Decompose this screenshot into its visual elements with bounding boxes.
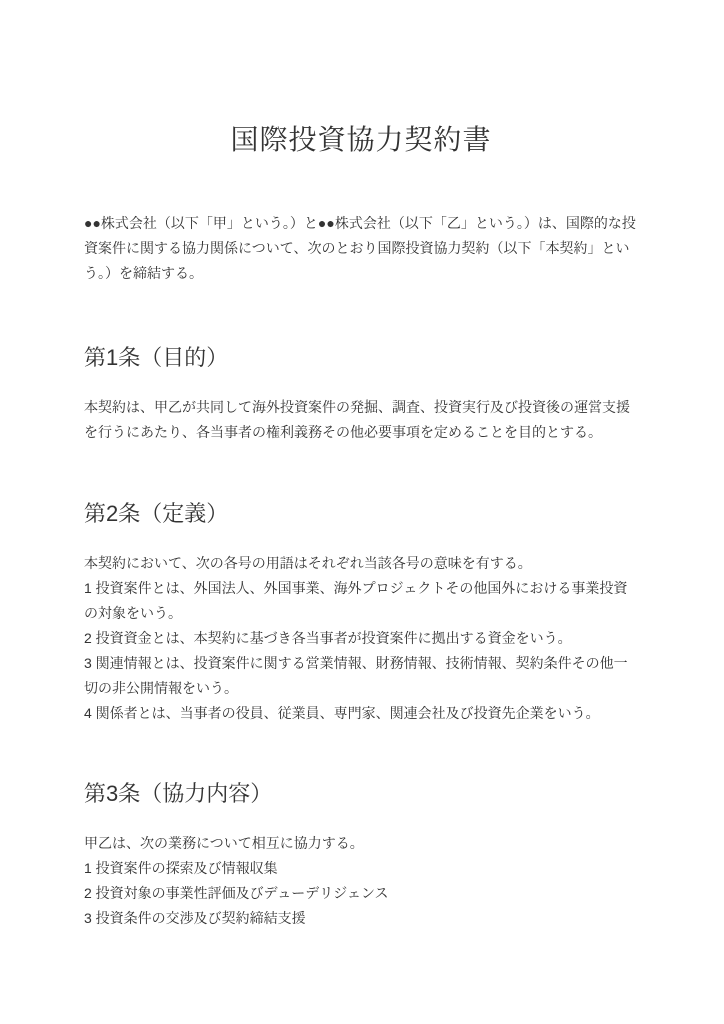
article-3-heading: 第3条（協力内容） [84,778,638,810]
article-1-purpose: 第1条（目的） 本契約は、甲乙が共同して海外投資案件の発掘、調査、投資実行及び投… [84,342,638,445]
article-2-item-4: 4 関係者とは、当事者の役員、従業員、専門家、関連会社及び投資先企業をいう。 [84,701,638,726]
preamble-paragraph: ●●株式会社（以下「甲」という。）と●●株式会社（以下「乙」という。）は、国際的… [84,211,638,286]
article-2-definitions: 第2条（定義） 本契約において、次の各号の用語はそれぞれ当該各号の意味を有する。… [84,498,638,726]
contract-document-page: 国際投資協力契約書 ●●株式会社（以下「甲」という。）と●●株式会社（以下「乙」… [0,0,724,1024]
article-3-item-2: 2 投資対象の事業性評価及びデューデリジェンス [84,881,638,906]
article-2-item-2: 2 投資資金とは、本契約に基づき各当事者が投資案件に拠出する資金をいう。 [84,626,638,651]
article-3-intro-paragraph: 甲乙は、次の業務について相互に協力する。 [84,831,638,856]
article-2-item-3: 3 関連情報とは、投資案件に関する営業情報、財務情報、技術情報、契約条件その他一… [84,651,638,701]
article-2-intro-paragraph: 本契約において、次の各号の用語はそれぞれ当該各号の意味を有する。 [84,551,638,576]
article-1-paragraph: 本契約は、甲乙が共同して海外投資案件の発掘、調査、投資実行及び投資後の運営支援を… [84,395,638,445]
article-3-item-3: 3 投資条件の交渉及び契約締結支援 [84,906,638,931]
article-3-cooperation: 第3条（協力内容） 甲乙は、次の業務について相互に協力する。 1 投資案件の探索… [84,778,638,931]
article-2-item-1: 1 投資案件とは、外国法人、外国事業、海外プロジェクトその他国外における事業投資… [84,576,638,626]
article-2-heading: 第2条（定義） [84,498,638,530]
article-1-heading: 第1条（目的） [84,342,638,374]
article-3-item-1: 1 投資案件の探索及び情報収集 [84,856,638,881]
document-title: 国際投資協力契約書 [84,121,638,159]
